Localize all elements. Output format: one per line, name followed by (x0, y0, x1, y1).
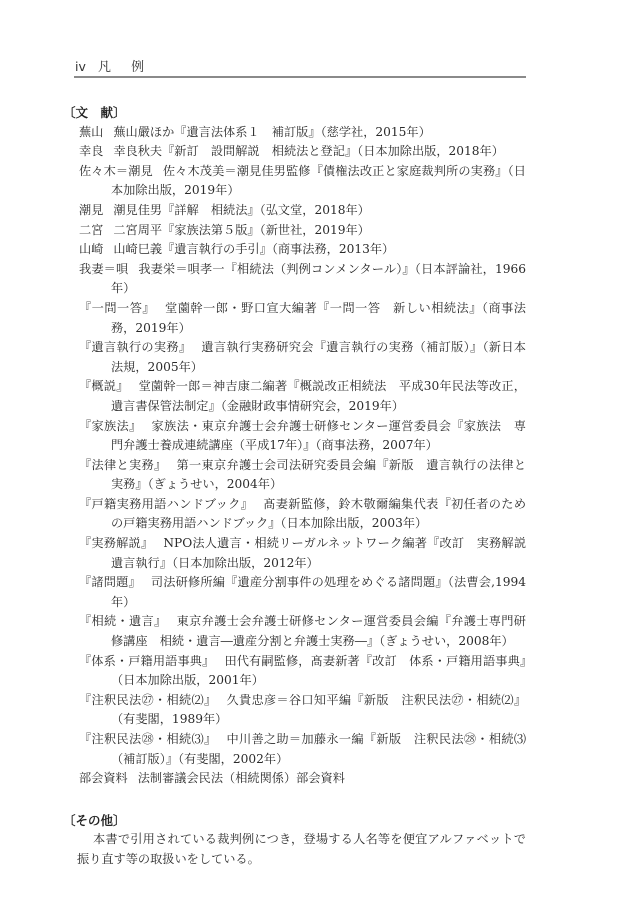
reference-abbr: 『諸問題』 (79, 575, 141, 589)
reference-citation: 蕪山嚴ほか『遺言法体系１ 補訂版』（慈学社，2015年） (113, 125, 430, 139)
reference-citation: 山崎巳義『遺言執行の手引』（商事法務，2013年） (113, 242, 394, 256)
reference-abbr: 部会資料 (79, 771, 128, 785)
reference-citation: 司法研修所編『遺産分割事件の処理をめぐる諸問題』（法曹会,1994年） (111, 575, 526, 609)
reference-abbr: 『注釈民法㉗・相続⑵』 (79, 693, 216, 707)
reference-entry: 『戸籍実務用語ハンドブック』髙妻新監修，鈴木敬爾編集代表『初任者のための戸籍実務… (63, 495, 526, 534)
reference-entry: 『一問一答』堂薗幹一郎・野口宣大編著『一問一答 新しい相続法』（商事法務，201… (63, 299, 526, 338)
other-paragraph: 本書で引用されている裁判例につき，登場する人名等を便宜アルファベットで振り直す等… (63, 830, 526, 869)
reference-abbr: 我妻＝唄 (79, 262, 128, 276)
reference-entry: 『体系・戸籍用語事典』田代有嗣監修，髙妻新著『改訂 体系・戸籍用語事典』（日本加… (63, 652, 526, 691)
reference-entry: 山崎山崎巳義『遺言執行の手引』（商事法務，2013年） (63, 240, 526, 260)
reference-entry: 我妻＝唄我妻栄＝唄孝一『相続法（判例コンメンタール）』（日本評論社，1966年） (63, 260, 526, 299)
reference-citation: 幸良秋夫『新訂 設問解説 相続法と登記』（日本加除出版，2018年） (113, 144, 504, 158)
reference-abbr: 『概説』 (79, 379, 129, 393)
reference-entry: 佐々木＝潮見佐々木茂美＝潮見佳男監修『債権法改正と家庭裁判所の実務』（日本加除出… (63, 162, 526, 201)
reference-citation: 我妻栄＝唄孝一『相続法（判例コンメンタール）』（日本評論社，1966年） (111, 262, 526, 296)
reference-abbr: 潮見 (79, 203, 103, 217)
page-body: 〔文 献〕 蕪山蕪山嚴ほか『遺言法体系１ 補訂版』（慈学社，2015年） 幸良幸… (63, 103, 526, 870)
literature-heading: 〔文 献〕 (63, 103, 526, 123)
reference-list: 蕪山蕪山嚴ほか『遺言法体系１ 補訂版』（慈学社，2015年） 幸良幸良秋夫『新訂… (63, 123, 526, 789)
running-head: iv 凡 例 (75, 56, 144, 75)
page-number: iv (75, 59, 86, 74)
reference-entry: 『注釈民法㉘・相続⑶』中川善之助＝加藤永一編『新版 注釈民法㉘・相続⑶（補訂版）… (63, 730, 526, 769)
reference-abbr: 『遺言執行の実務』 (79, 340, 191, 354)
reference-citation: 第一東京弁護士会司法研究委員会編『新版 遺言執行の法律と実務』（ぎょうせい，20… (111, 458, 526, 492)
reference-abbr: 『家族法』 (79, 419, 142, 433)
reference-abbr: 『実務解説』 (79, 536, 153, 550)
reference-entry: 部会資料法制審議会民法（相続関係）部会資料 (63, 769, 526, 789)
reference-citation: 堂薗幹一郎・野口宣大編著『一問一答 新しい相続法』（商事法務，2019年） (111, 301, 526, 335)
reference-entry: 幸良幸良秋夫『新訂 設問解説 相続法と登記』（日本加除出版，2018年） (63, 142, 526, 162)
section-spacer (63, 789, 526, 811)
reference-citation: 潮見佳男『詳解 相続法』（弘文堂，2018年） (113, 203, 369, 217)
reference-entry: 『法律と実務』第一東京弁護士会司法研究委員会編『新版 遺言執行の法律と実務』（ぎ… (63, 456, 526, 495)
reference-citation: NPO法人遺言・相続リーガルネットワーク編著『改訂 実務解説 遺言執行』（日本加… (111, 536, 538, 570)
reference-abbr: 幸良 (79, 144, 103, 158)
reference-abbr: 佐々木＝潮見 (79, 164, 153, 178)
header-rule (74, 76, 526, 78)
reference-abbr: 山崎 (79, 242, 103, 256)
reference-entry: 潮見潮見佳男『詳解 相続法』（弘文堂，2018年） (63, 201, 526, 221)
reference-abbr: 『相続・遺言』 (79, 614, 167, 628)
reference-abbr: 『戸籍実務用語ハンドブック』 (79, 497, 253, 511)
reference-entry: 『注釈民法㉗・相続⑵』久貴忠彦＝谷口知平編『新版 注釈民法㉗・相続⑵』（有斐閣，… (63, 691, 526, 730)
reference-abbr: 蕪山 (79, 125, 103, 139)
reference-abbr: 『注釈民法㉘・相続⑶』 (79, 732, 216, 746)
reference-entry: 蕪山蕪山嚴ほか『遺言法体系１ 補訂版』（慈学社，2015年） (63, 123, 526, 143)
reference-entry: 『遺言執行の実務』遺言執行実務研究会『遺言執行の実務（補訂版）』（新日本法規，2… (63, 338, 526, 377)
page-title-char-2: 例 (131, 60, 144, 75)
reference-abbr: 『一問一答』 (79, 301, 155, 315)
reference-citation: 佐々木茂美＝潮見佳男監修『債権法改正と家庭裁判所の実務』（日本加除出版，2019… (111, 164, 526, 198)
reference-citation: 東京弁護士会弁護士研修センター運営委員会編『弁護士専門研修講座 相続・遺言―遺産… (111, 614, 526, 648)
reference-citation: 堂薗幹一郎＝神吉康二編著『概説改正相続法 平成30年民法等改正，遺言書保管法制定… (111, 379, 526, 413)
reference-citation: 家族法・東京弁護士会弁護士研修センター運営委員会『家族法 専門弁護士養成連続講座… (111, 419, 526, 453)
reference-abbr: 『法律と実務』 (79, 458, 166, 472)
reference-entry: 『概説』堂薗幹一郎＝神吉康二編著『概説改正相続法 平成30年民法等改正，遺言書保… (63, 377, 526, 416)
reference-entry: 『実務解説』NPO法人遺言・相続リーガルネットワーク編著『改訂 実務解説 遺言執… (63, 534, 526, 573)
reference-citation: 二宮周平『家族法第５版』（新世社，2019年） (113, 223, 369, 237)
reference-entry: 『諸問題』司法研修所編『遺産分割事件の処理をめぐる諸問題』（法曹会,1994年） (63, 573, 526, 612)
reference-entry: 二宮二宮周平『家族法第５版』（新世社，2019年） (63, 221, 526, 241)
reference-entry: 『相続・遺言』東京弁護士会弁護士研修センター運営委員会編『弁護士専門研修講座 相… (63, 612, 526, 651)
other-heading: 〔その他〕 (63, 811, 526, 831)
reference-citation: 法制審議会民法（相続関係）部会資料 (138, 771, 345, 785)
page-title-char-1: 凡 (98, 60, 111, 75)
reference-abbr: 二宮 (79, 223, 103, 237)
reference-abbr: 『体系・戸籍用語事典』 (79, 654, 214, 668)
reference-entry: 『家族法』家族法・東京弁護士会弁護士研修センター運営委員会『家族法 専門弁護士養… (63, 417, 526, 456)
